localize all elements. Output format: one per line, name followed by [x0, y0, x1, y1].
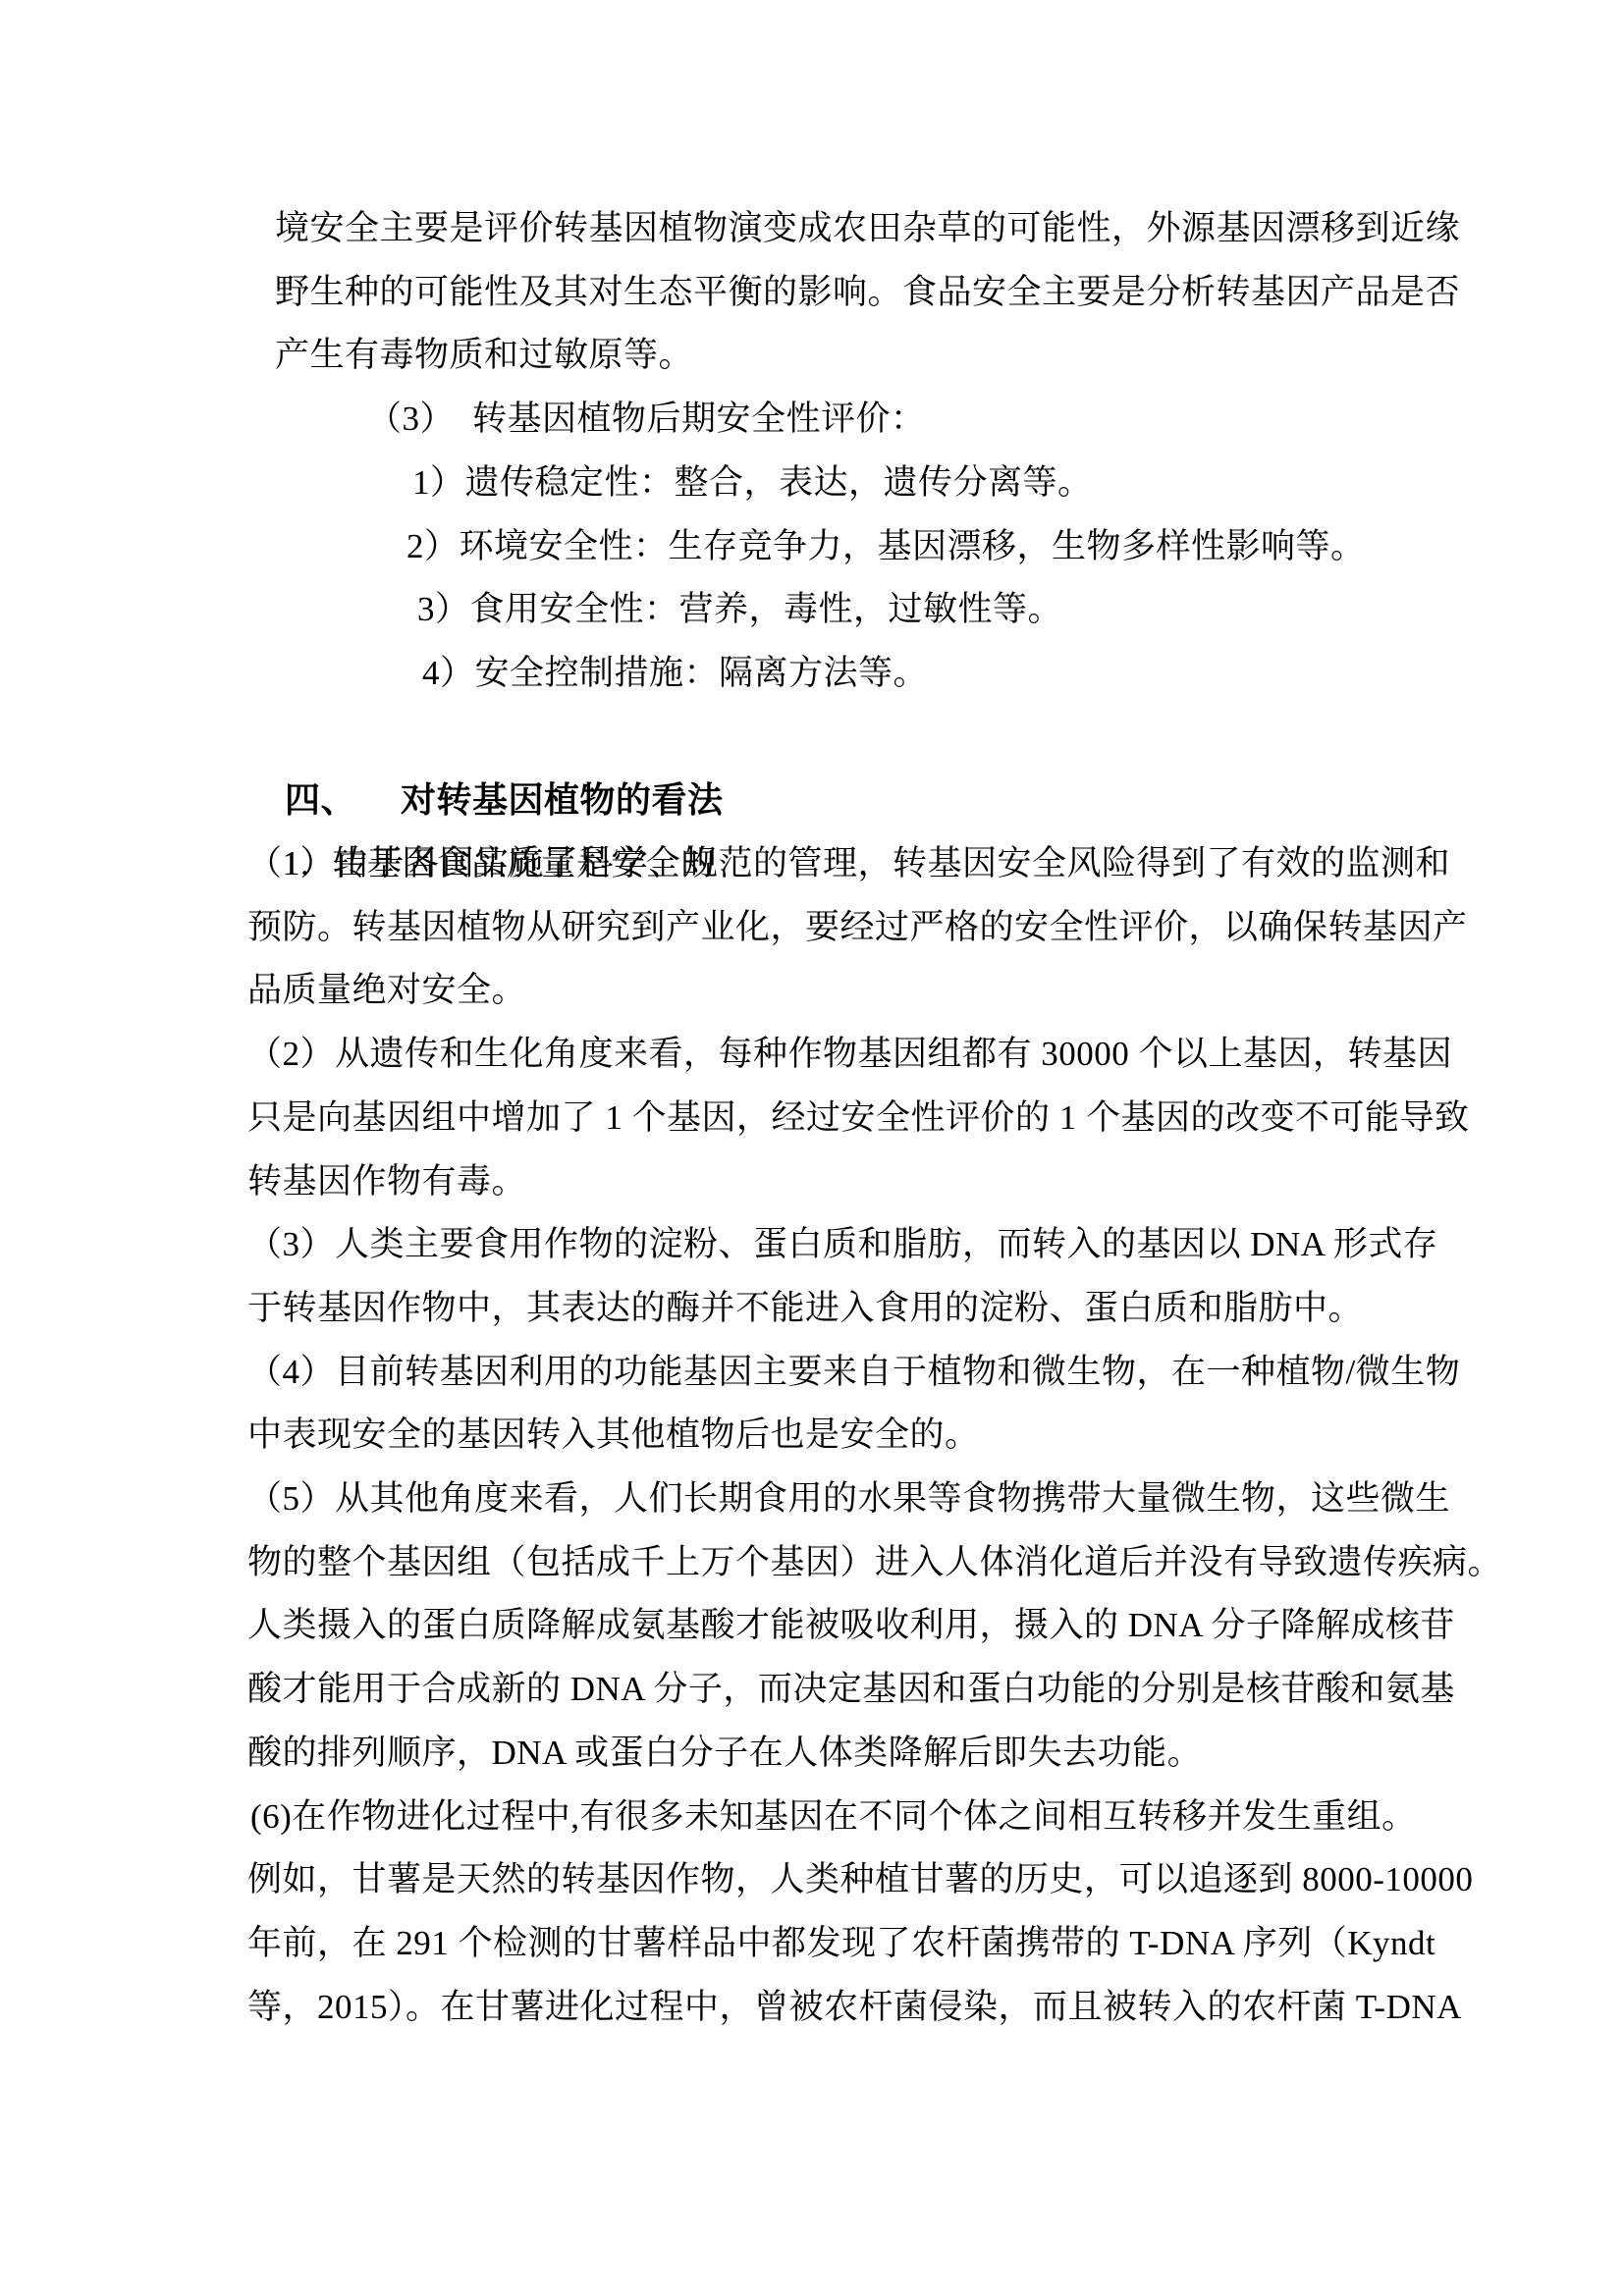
para-2-line: 只是向基因组中增加了 1 个基因，经过安全性评价的 1 个基因的改变不可能导致	[247, 1086, 1470, 1149]
para-6-line: 年前，在 291 个检测的甘薯样品中都发现了农杆菌携带的 T-DNA 序列（Ky…	[247, 1911, 1435, 1975]
para-1-line: （1）由于各国实施了科学、规范的管理，转基因安全风险得到了有效的监测和	[247, 831, 1450, 895]
para-3-line: （3）人类主要食用作物的淀粉、蛋白质和脂肪，而转入的基因以 DNA 形式存	[247, 1212, 1437, 1276]
para-1-line: 品质量绝对安全。	[247, 958, 526, 1022]
document-page: 境安全主要是评价转基因植物演变成农田杂草的可能性，外源基因漂移到近缘 野生种的可…	[0, 0, 1624, 2296]
para-5-line: 物的整个基因组（包括成千上万个基因）进入人体消化道后并没有导致遗传疾病。	[247, 1530, 1502, 1594]
para-5-line: （5）从其他角度来看，人们长期食用的水果等食物携带大量微生物，这些微生	[247, 1467, 1450, 1530]
para-3-line: 于转基因作物中，其表达的酶并不能进入食用的淀粉、蛋白质和脂肪中。	[247, 1276, 1363, 1340]
body-text-line: 产生有毒物质和过敏原等。	[275, 323, 693, 387]
outline-subitem-1: 1）遗传稳定性：整合，表达，遗传分离等。	[412, 451, 1093, 514]
para-2-line: （2）从遗传和生化角度来看，每种作物基因组都有 30000 个以上基因，转基因	[247, 1022, 1452, 1086]
para-6-line: 例如，甘薯是天然的转基因作物，人类种植甘薯的历史，可以追逐到 8000-1000…	[247, 1847, 1473, 1911]
para-5-line: 酸的排列顺序，DNA 或蛋白分子在人体类降解后即失去功能。	[247, 1721, 1202, 1785]
body-text-line: 境安全主要是评价转基因植物演变成农田杂草的可能性，外源基因漂移到近缘	[275, 196, 1460, 260]
outline-subitem-2: 2）环境安全性：生存竞争力，基因漂移，生物多样性影响等。	[406, 514, 1366, 578]
outline-item-3: （3） 转基因植物后期安全性评价：	[367, 387, 926, 451]
para-2-line: 转基因作物有毒。	[247, 1149, 526, 1213]
para-4-line: （4）目前转基因利用的功能基因主要来自于植物和微生物，在一种植物/微生物	[247, 1340, 1460, 1404]
para-5-line: 酸才能用于合成新的 DNA 分子，而决定基因和蛋白功能的分别是核苷酸和氨基	[247, 1657, 1455, 1721]
para-5-line: 人类摄入的蛋白质降解成氨基酸才能被吸收利用，摄入的 DNA 分子降解成核苷	[247, 1593, 1455, 1657]
para-4-line: 中表现安全的基因转入其他植物后也是安全的。	[247, 1403, 980, 1467]
outline-subitem-4: 4）安全控制措施：隔离方法等。	[422, 641, 928, 705]
outline-subitem-3: 3）食用安全性：营养，毒性，过敏性等。	[417, 577, 1062, 641]
para-1-line: 预防。转基因植物从研究到产业化，要经过严格的安全性评价，以确保转基因产	[247, 895, 1468, 959]
para-6-line: (6)在作物进化过程中,有很多未知基因在不同个体之间相互转移并发生重组。	[250, 1785, 1417, 1848]
para-6-line: 等，2015）。在甘薯进化过程中，曾被农杆菌侵染，而且被转入的农杆菌 T-DNA	[247, 1975, 1462, 2039]
section-4-heading: 四、对转基因植物的看法	[247, 705, 724, 769]
subsection-1-heading: 1.转基因食品质量是安全的	[246, 768, 716, 831]
body-text-line: 野生种的可能性及其对生态平衡的影响。食品安全主要是分析转基因产品是否	[275, 260, 1460, 324]
